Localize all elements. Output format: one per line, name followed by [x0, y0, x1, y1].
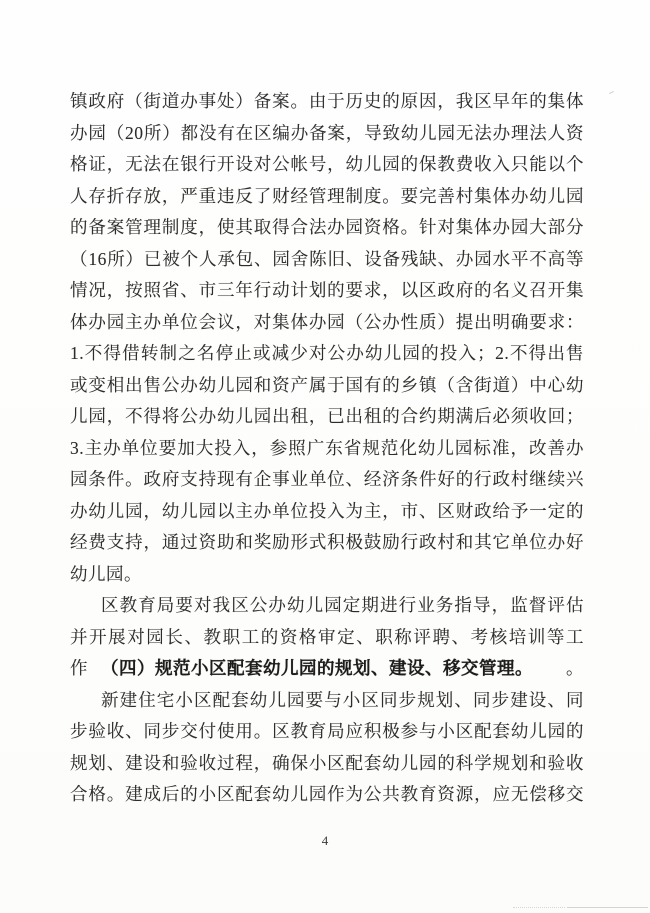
scan-artifact-dots [513, 907, 565, 908]
text-line: 1.不得借转制之名停止或减少对公办幼儿园的投入；2.不得出售 [70, 338, 584, 370]
text-line: 规划、建设和验收过程，确保小区配套幼儿园的科学规划和验收 [70, 748, 584, 780]
text-line: （16所）已被个人承包、园舍陈旧、设备残缺、办园水平不高等 [70, 244, 584, 276]
page-number: 4 [0, 832, 650, 850]
text-line: 情况，按照省、市三年行动计划的要求，以区政府的名义召开集 [70, 275, 584, 307]
document-body: 镇政府（街道办事处）备案。由于历史的原因，我区早年的集体 办园（20所）都没有在… [70, 86, 584, 811]
text-line: 人存折存放，严重违反了财经管理制度。要完善村集体办幼儿园 [70, 181, 584, 213]
section-heading: （四）规范小区配套幼儿园的规划、建设、移交管理。 [70, 653, 584, 685]
text-line paragraph-end: 幼儿园。 [70, 559, 584, 591]
scanned-page: 镇政府（街道办事处）备案。由于历史的原因，我区早年的集体 办园（20所）都没有在… [0, 0, 650, 913]
text-line: 办幼儿园，幼儿园以主办单位投入为主，市、区财政给予一定的 [70, 496, 584, 528]
text-line paragraph-start: 区教育局要对我区公办幼儿园定期进行业务指导，监督评估 [70, 590, 584, 622]
text-line: 园条件。政府支持现有企事业单位、经济条件好的行政村继续兴 [70, 464, 584, 496]
text-line: 格证，无法在银行开设对公帐号，幼儿园的保教费收入只能以个 [70, 149, 584, 181]
text-line: 办园（20所）都没有在区编办备案，导致幼儿园无法办理法人资 [70, 118, 584, 150]
text-line: 或变相出售公办幼儿园和资产属于国有的乡镇（含街道）中心幼 [70, 370, 584, 402]
text-line: 体办园主办单位会议，对集体办园（公办性质）提出明确要求： [70, 307, 584, 339]
text-line paragraph-start: 新建住宅小区配套幼儿园要与小区同步规划、同步建设、同 [70, 685, 584, 717]
text-line: 经费支持，通过资助和奖励形式积极鼓励行政村和其它单位办好 [70, 527, 584, 559]
text-line: 3.主办单位要加大投入，参照广东省规范化幼儿园标准，改善办 [70, 433, 584, 465]
scan-artifact-line [567, 907, 648, 908]
scan-artifact-speck [609, 91, 614, 94]
text-line: 步验收、同步交付使用。区教育局应积极参与小区配套幼儿园的 [70, 716, 584, 748]
text-line: 的备案管理制度，使其取得合法办园资格。针对集体办园大部分 [70, 212, 584, 244]
text-line: 镇政府（街道办事处）备案。由于历史的原因，我区早年的集体 [70, 86, 584, 118]
text-line: 并开展对园长、教职工的资格审定、职称评聘、考核培训等工作。 [70, 622, 584, 654]
text-line: 儿园，不得将公办幼儿园出租，已出租的合约期满后必须收回； [70, 401, 584, 433]
text-line: 合格。建成后的小区配套幼儿园作为公共教育资源，应无偿移交 [70, 779, 584, 811]
